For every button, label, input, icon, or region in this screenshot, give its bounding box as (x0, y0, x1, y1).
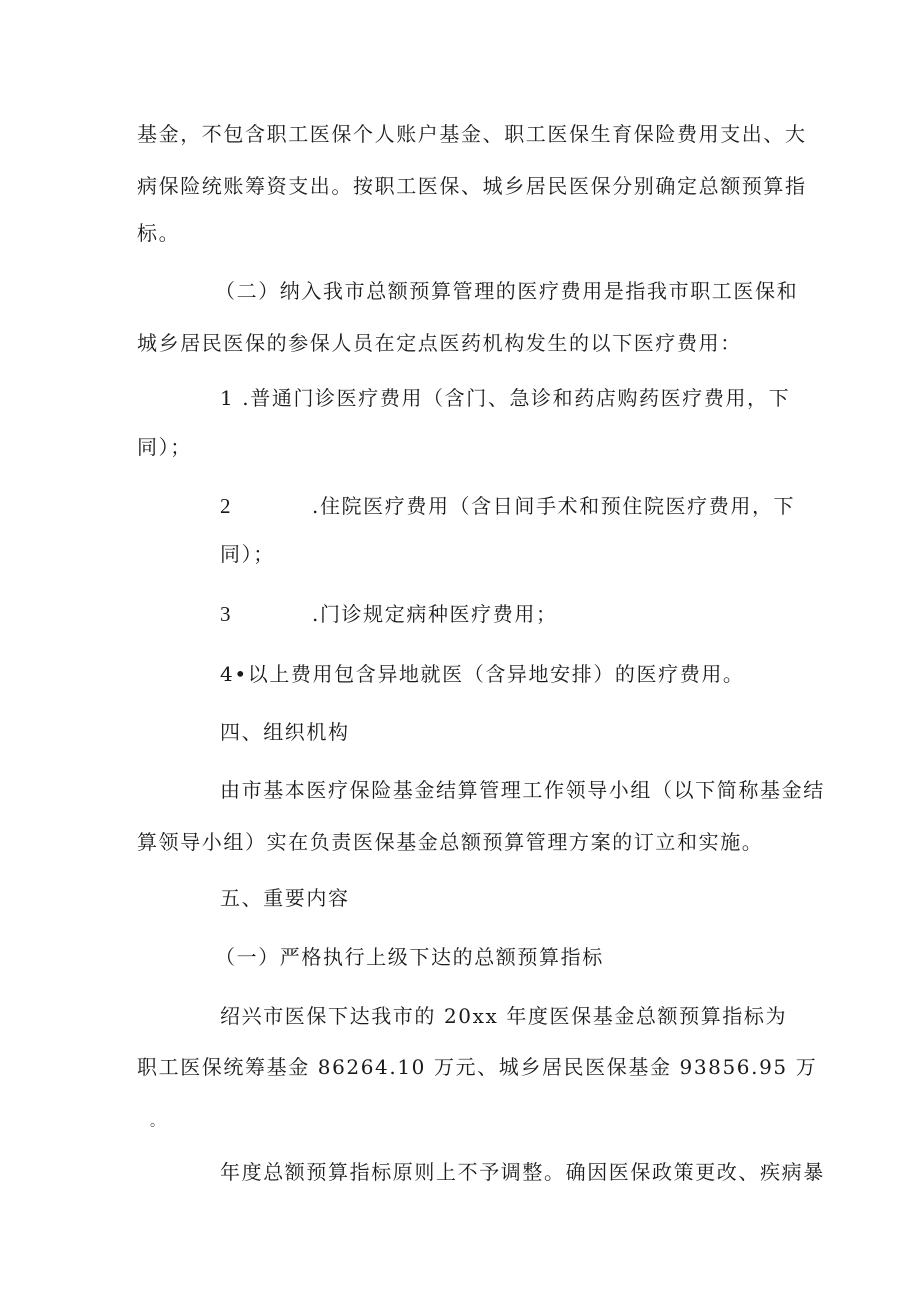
list-item-2-cont: 同）； (220, 542, 275, 566)
paragraph-line-1: 基金，不包含职工医保个人账户基金、职工医保生育保险费用支出、大 (137, 122, 807, 146)
list-item-1: 1 .普通门诊医疗费用（含门、急诊和药店购药医疗费用，下 (220, 386, 790, 410)
paragraph-line-6: 由市基本医疗保险基金结算管理工作领导小组（以下简称基金结 (220, 778, 825, 802)
list-item-3: .门诊规定病种医疗费用； (312, 602, 558, 626)
paragraph-line-5: 城乡居民医保的参保人员在定点医药机构发生的以下医疗费用： (137, 331, 742, 355)
section-heading-5: 五、重要内容 (220, 886, 350, 910)
list-item-4: 4•以上费用包含异地就医（含异地安排）的医疗费用。 (220, 662, 745, 686)
list-item-1-cont: 同）； (137, 435, 192, 459)
paragraph-line-7: 算领导小组）实在负责医保基金总额预算管理方案的订立和实施。 (137, 830, 763, 854)
paragraph-line-2: 病保险统账筹资支出。按职工医保、城乡居民医保分别确定总额预算指 (137, 174, 807, 198)
paragraph-line-11: 年度总额预算指标原则上不予调整。确因医保政策更改、疾病暴 (220, 1160, 825, 1184)
paragraph-line-3: 标。 (137, 221, 180, 245)
paragraph-line-8: 绍兴市医保下达我市的 20xx 年度医保基金总额预算指标为 (220, 1004, 787, 1028)
paragraph-line-9: 职工医保统筹基金 86264.10 万元、城乡居民医保基金 93856.95 万 (137, 1055, 817, 1079)
list-item-2: .住院医疗费用（含日间手术和预住院医疗费用，下 (312, 494, 795, 518)
subsection-heading-1: （一）严格执行上级下达的总额预算指标 (215, 945, 604, 969)
list-item-2-number: 2 (220, 494, 231, 518)
paragraph-line-10: 。 (150, 1110, 166, 1134)
section-heading-4: 四、组织机构 (220, 720, 350, 744)
list-item-3-number: 3 (220, 602, 231, 626)
paragraph-line-4: （二）纳入我市总额预算管理的医疗费用是指我市职工医保和 (215, 279, 798, 303)
